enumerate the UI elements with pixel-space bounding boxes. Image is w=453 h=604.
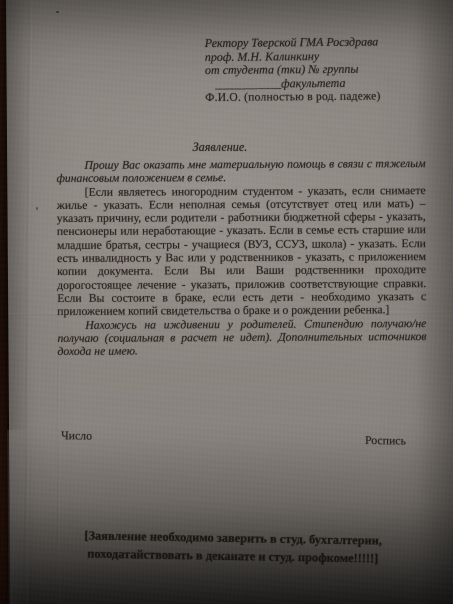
- application-document: Ректору Тверской ГМА Росздрава проф. М.Н…: [0, 0, 453, 604]
- photo-background: Ректору Тверской ГМА Росздрава проф. М.Н…: [0, 0, 453, 604]
- instructions-paragraph: [Если являетесь иногородним студентом - …: [57, 184, 427, 319]
- faculty-word: факультета: [281, 76, 345, 91]
- footnote: [Заявление необходимо заверить в студ. б…: [13, 525, 453, 569]
- status-paragraph: Нахожусь на иждивении у родителей. Стипе…: [57, 317, 426, 359]
- blank-underline: ___________: [215, 76, 281, 91]
- signature-row: Число Роспись: [57, 428, 426, 449]
- application-title: Заявление.: [140, 140, 300, 155]
- application-body: Прошу Вас оказать мне материальную помощ…: [56, 157, 426, 358]
- date-label: Число: [61, 428, 92, 443]
- addressee-line-fio: Ф.И.О. (полностью в род. падеже): [205, 89, 435, 105]
- request-paragraph: Прошу Вас оказать мне материальную помощ…: [56, 157, 425, 186]
- addressee-header: Ректору Тверской ГМА Росздрава проф. М.Н…: [205, 35, 436, 105]
- signature-label: Роспись: [365, 433, 406, 449]
